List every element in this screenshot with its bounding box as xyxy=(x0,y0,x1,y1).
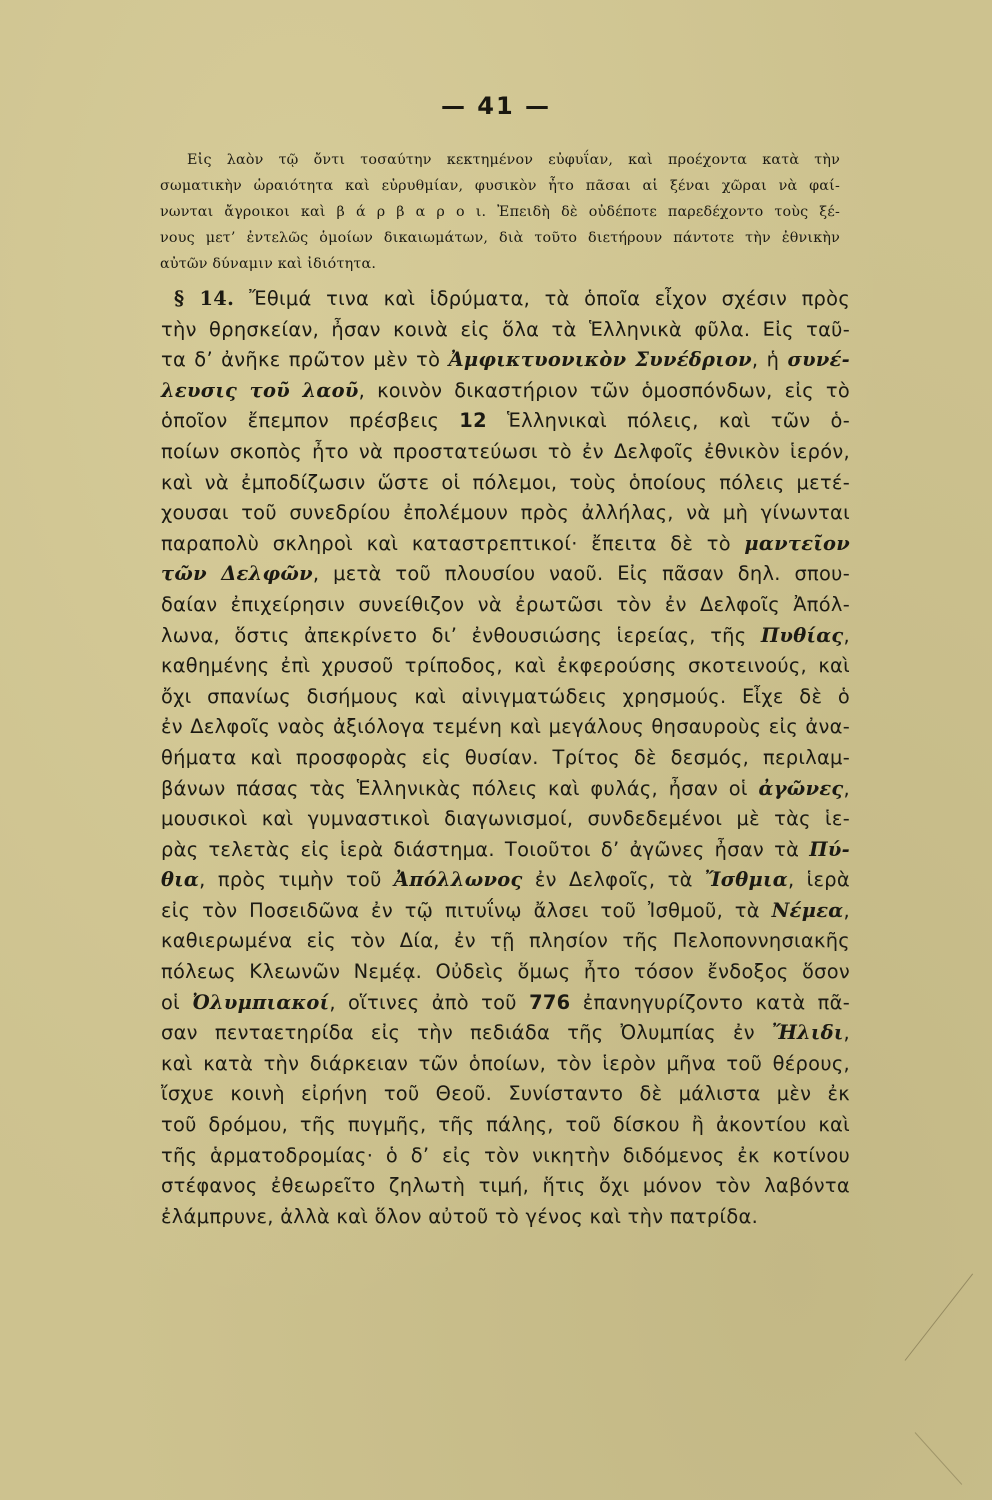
text-line: αὐτῶν δύναμιν καὶ ἰδιότητα. xyxy=(160,251,840,277)
paper-crease xyxy=(915,1432,963,1485)
text-run: , xyxy=(844,624,850,647)
text-line: νωνται ἄγροικοι καὶ β ά ρ β α ρ ο ι. Ἐπε… xyxy=(160,199,840,225)
emphasized-term: λευσις τοῦ λαοῦ xyxy=(161,379,359,402)
text-run: , πρὸς τιμὴν τοῦ xyxy=(199,868,394,891)
text-line: δαίαν ἐπιχείρησιν συνείθιζον νὰ ἐρωτῶσι … xyxy=(161,590,850,621)
text-run: καὶ κατὰ τὴν διάρκειαν τῶν ὁποίων, τὸν ἱ… xyxy=(161,1052,850,1075)
text-line: πόλεως Κλεωνῶν Νεμέᾳ. Οὐδεὶς ὅμως ἦτο τό… xyxy=(161,957,850,988)
text-run: , οἵτινες ἀπὸ τοῦ xyxy=(329,991,529,1014)
scanned-book-page: — 41 — Εἰς λαὸν τῷ ὄντι τοσαύτην κεκτημέ… xyxy=(0,0,992,1500)
text-line: καθιερωμένα εἰς τὸν Δία, ἐν τῇ πλησίον τ… xyxy=(161,926,850,957)
text-line: τῶν Δελφῶν, μετὰ τοῦ πλουσίου ναοῦ. Εἰς … xyxy=(161,559,850,590)
emphasized-term: Ὀλυμπιακοί xyxy=(192,991,329,1014)
text-run: καθιερωμένα εἰς τὸν Δία, ἐν τῇ πλησίον τ… xyxy=(161,929,850,952)
text-line: τα δ’ ἀνῆκε πρῶτον μὲν τὸ Ἀμφικτυονικὸν … xyxy=(161,345,850,376)
text-run: ὁποῖον ἔπεμπον πρέσβεις xyxy=(161,409,459,432)
text-run: μουσικοὶ καὶ γυμναστικοὶ διαγωνισμοί, συ… xyxy=(161,807,850,830)
text-line: λευσις τοῦ λαοῦ, κοινὸν δικαστήριον τῶν … xyxy=(161,376,850,407)
text-line: καὶ κατὰ τὴν διάρκειαν τῶν ὁποίων, τὸν ἱ… xyxy=(161,1049,850,1080)
text-line: νους μετ’ ἐντελῶς ὁμοίων δικαιωμάτων, δι… xyxy=(160,225,840,251)
text-run: , xyxy=(844,777,850,800)
text-run: , μετὰ τοῦ πλουσίου ναοῦ. Εἰς πᾶσαν δηλ.… xyxy=(313,562,850,585)
emphasized-term: Ἴσθμια xyxy=(705,868,788,891)
text-run: Ἔθιμά τινα καὶ ἱδρύματα, τὰ ὁποῖα εἶχον … xyxy=(249,287,850,310)
text-run: οἱ xyxy=(161,991,192,1014)
text-run: ἴσχυε κοινὴ εἰρήνη τοῦ Θεοῦ. Συνίσταντο … xyxy=(161,1082,850,1105)
emphasized-term: Ἀμφικτυονικὸν Συνέδριον xyxy=(449,348,752,371)
text-run: , xyxy=(844,1021,850,1044)
text-run: λωνα, ὅστις ἀπεκρίνετο δι’ ἐνθουσιώσης ἱ… xyxy=(161,624,761,647)
text-line: καὶ νὰ ἐμποδίζωσιν ὥστε οἱ πόλεμοι, τοὺς… xyxy=(161,468,850,499)
emphasized-term: μαντεῖον xyxy=(744,532,850,555)
text-line: ὄχι σπανίως δισήμους καὶ αἰνιγματώδεις χ… xyxy=(161,682,850,713)
text-line: θια, πρὸς τιμὴν τοῦ Ἀπόλλωνος ἐν Δελφοῖς… xyxy=(161,865,850,896)
text-run: σαν πενταετηρίδα εἰς τὴν πεδιάδα τῆς Ὀλυ… xyxy=(161,1021,772,1044)
section-number: § 14. xyxy=(174,287,249,310)
text-line: ἴσχυε κοινὴ εἰρήνη τοῦ Θεοῦ. Συνίσταντο … xyxy=(161,1079,850,1110)
text-run: , κοινὸν δικαστήριον τῶν ὁμοσπόνδων, εἰς… xyxy=(359,379,850,402)
emphasized-term: Πυθίας xyxy=(761,624,844,647)
text-line: θήματα καὶ προσφορὰς εἰς θυσίαν. Τρίτος … xyxy=(161,743,850,774)
text-line: οἱ Ὀλυμπιακοί, οἵτινες ἀπὸ τοῦ 776 ἐπανη… xyxy=(161,988,850,1019)
text-run: , ἡ xyxy=(752,348,788,371)
emphasized-term: Νέμεα xyxy=(772,899,844,922)
emphasized-term: Ἤλιδι xyxy=(772,1021,844,1044)
text-line: λωνα, ὅστις ἀπεκρίνετο δι’ ἐνθουσιώσης ἱ… xyxy=(161,621,850,652)
text-line: σωματικὴν ὡραιότητα καὶ εὐρυθμίαν, φυσικ… xyxy=(160,173,840,199)
text-run: τὴν θρησκείαν, ἦσαν κοινὰ εἰς ὅλα τὰ Ἑλλ… xyxy=(161,318,850,341)
text-run: τῆς ἁρματοδρομίας· ὁ δ’ εἰς τὸν νικητὴν … xyxy=(161,1144,850,1167)
text-line: ἐλάμπρυνε, ἀλλὰ καὶ ὅλον αὐτοῦ τὸ γένος … xyxy=(161,1202,850,1233)
text-run: ρὰς τελετὰς εἰς ἱερὰ διάστημα. Τοιοῦτοι … xyxy=(161,838,809,861)
text-line: ρὰς τελετὰς εἰς ἱερὰ διάστημα. Τοιοῦτοι … xyxy=(161,835,850,866)
text-line: χουσαι τοῦ συνεδρίου ἐπολέμουν πρὸς ἀλλή… xyxy=(161,498,850,529)
text-run: βάνων πάσας τὰς Ἑλληνικὰς πόλεις καὶ φυλ… xyxy=(161,777,758,800)
text-run: ἐλάμπρυνε, ἀλλὰ καὶ ὅλον αὐτοῦ τὸ γένος … xyxy=(161,1205,758,1228)
emphasized-term: θια xyxy=(161,868,199,891)
text-line: εἰς τὸν Ποσειδῶνα ἐν τῷ πιτυΐνῳ ἄλσει το… xyxy=(161,896,850,927)
section-14-paragraph: § 14. Ἔθιμά τινα καὶ ἱδρύματα, τὰ ὁποῖα … xyxy=(161,284,850,1232)
text-line: τὴν θρησκείαν, ἦσαν κοινὰ εἰς ὅλα τὰ Ἑλλ… xyxy=(161,315,850,346)
text-run: καὶ νὰ ἐμποδίζωσιν ὥστε οἱ πόλεμοι, τοὺς… xyxy=(161,471,850,494)
text-run: ἐν Δελφοῖς, τὰ xyxy=(523,868,705,891)
text-run: θήματα καὶ προσφορὰς εἰς θυσίαν. Τρίτος … xyxy=(161,746,850,769)
emphasized-term: Ἀπόλλωνος xyxy=(394,868,523,891)
text-line: τοῦ δρόμου, τῆς πυγμῆς, τῆς πάλης, τοῦ δ… xyxy=(161,1110,850,1141)
text-run: , xyxy=(844,899,850,922)
text-run: Ἑλληνικαὶ πόλεις, καὶ τῶν ὁ- xyxy=(487,409,850,432)
text-run: τοῦ δρόμου, τῆς πυγμῆς, τῆς πάλης, τοῦ δ… xyxy=(161,1113,850,1136)
text-line: στέφανος ἐθεωρεῖτο ζηλωτὴ τιμή, ἥτις ὄχι… xyxy=(161,1171,850,1202)
emphasized-term: συνέ- xyxy=(787,348,850,371)
text-run: πόλεως Κλεωνῶν Νεμέᾳ. Οὐδεὶς ὅμως ἦτο τό… xyxy=(161,960,850,983)
text-run: εἰς τὸν Ποσειδῶνα ἐν τῷ πιτυΐνῳ ἄλσει το… xyxy=(161,899,772,922)
text-run: ὄχι σπανίως δισήμους καὶ αἰνιγματώδεις χ… xyxy=(161,685,850,708)
text-line: καθημένης ἐπὶ χρυσοῦ τρίποδος, καὶ ἐκφερ… xyxy=(161,651,850,682)
text-line: § 14. Ἔθιμά τινα καὶ ἱδρύματα, τὰ ὁποῖα … xyxy=(161,284,850,315)
text-line: παραπολὺ σκληροὶ καὶ καταστρεπτικοί· ἔπε… xyxy=(161,529,850,560)
text-run: ποίων σκοπὸς ἦτο νὰ προστατεύωσι τὸ ἐν Δ… xyxy=(161,440,850,463)
paper-crease xyxy=(905,1274,974,1361)
emphasized-term: τῶν Δελφῶν xyxy=(161,562,313,585)
emphasized-term: Πύ- xyxy=(809,838,850,861)
text-line: ἐν Δελφοῖς ναὸς ἀξιόλογα τεμένη καὶ μεγά… xyxy=(161,712,850,743)
text-line: σαν πενταετηρίδα εἰς τὴν πεδιάδα τῆς Ὀλυ… xyxy=(161,1018,850,1049)
text-line: μουσικοὶ καὶ γυμναστικοὶ διαγωνισμοί, συ… xyxy=(161,804,850,835)
text-run: δαίαν ἐπιχείρησιν συνείθιζον νὰ ἐρωτῶσι … xyxy=(161,593,850,616)
text-line: τῆς ἁρματοδρομίας· ὁ δ’ εἰς τὸν νικητὴν … xyxy=(161,1141,850,1172)
text-line: ὁποῖον ἔπεμπον πρέσβεις 12 Ἑλληνικαὶ πόλ… xyxy=(161,406,850,437)
text-run: τα δ’ ἀνῆκε πρῶτον μὲν τὸ xyxy=(161,348,449,371)
text-run: χουσαι τοῦ συνεδρίου ἐπολέμουν πρὸς ἀλλή… xyxy=(161,501,850,524)
text-run: παραπολὺ σκληροὶ καὶ καταστρεπτικοί· ἔπε… xyxy=(161,532,744,555)
text-line: ποίων σκοπὸς ἦτο νὰ προστατεύωσι τὸ ἐν Δ… xyxy=(161,437,850,468)
text-line: βάνων πάσας τὰς Ἑλληνικὰς πόλεις καὶ φυλ… xyxy=(161,774,850,805)
page-number: — 41 — xyxy=(0,92,992,120)
text-run: ἐν Δελφοῖς ναὸς ἀξιόλογα τεμένη καὶ μεγά… xyxy=(161,715,850,738)
text-run: ἐπανηγυρίζοντο κατὰ πᾶ- xyxy=(570,991,850,1014)
intro-paragraph: Εἰς λαὸν τῷ ὄντι τοσαύτην κεκτημένον εὐφ… xyxy=(160,147,840,277)
text-run: , ἱερὰ xyxy=(788,868,850,891)
number: 776 xyxy=(529,991,570,1014)
emphasized-term: ἀγῶνες xyxy=(758,777,843,800)
text-run: στέφανος ἐθεωρεῖτο ζηλωτὴ τιμή, ἥτις ὄχι… xyxy=(161,1174,850,1197)
number: 12 xyxy=(459,409,487,432)
text-line: Εἰς λαὸν τῷ ὄντι τοσαύτην κεκτημένον εὐφ… xyxy=(160,147,840,173)
text-run: καθημένης ἐπὶ χρυσοῦ τρίποδος, καὶ ἐκφερ… xyxy=(161,654,850,677)
